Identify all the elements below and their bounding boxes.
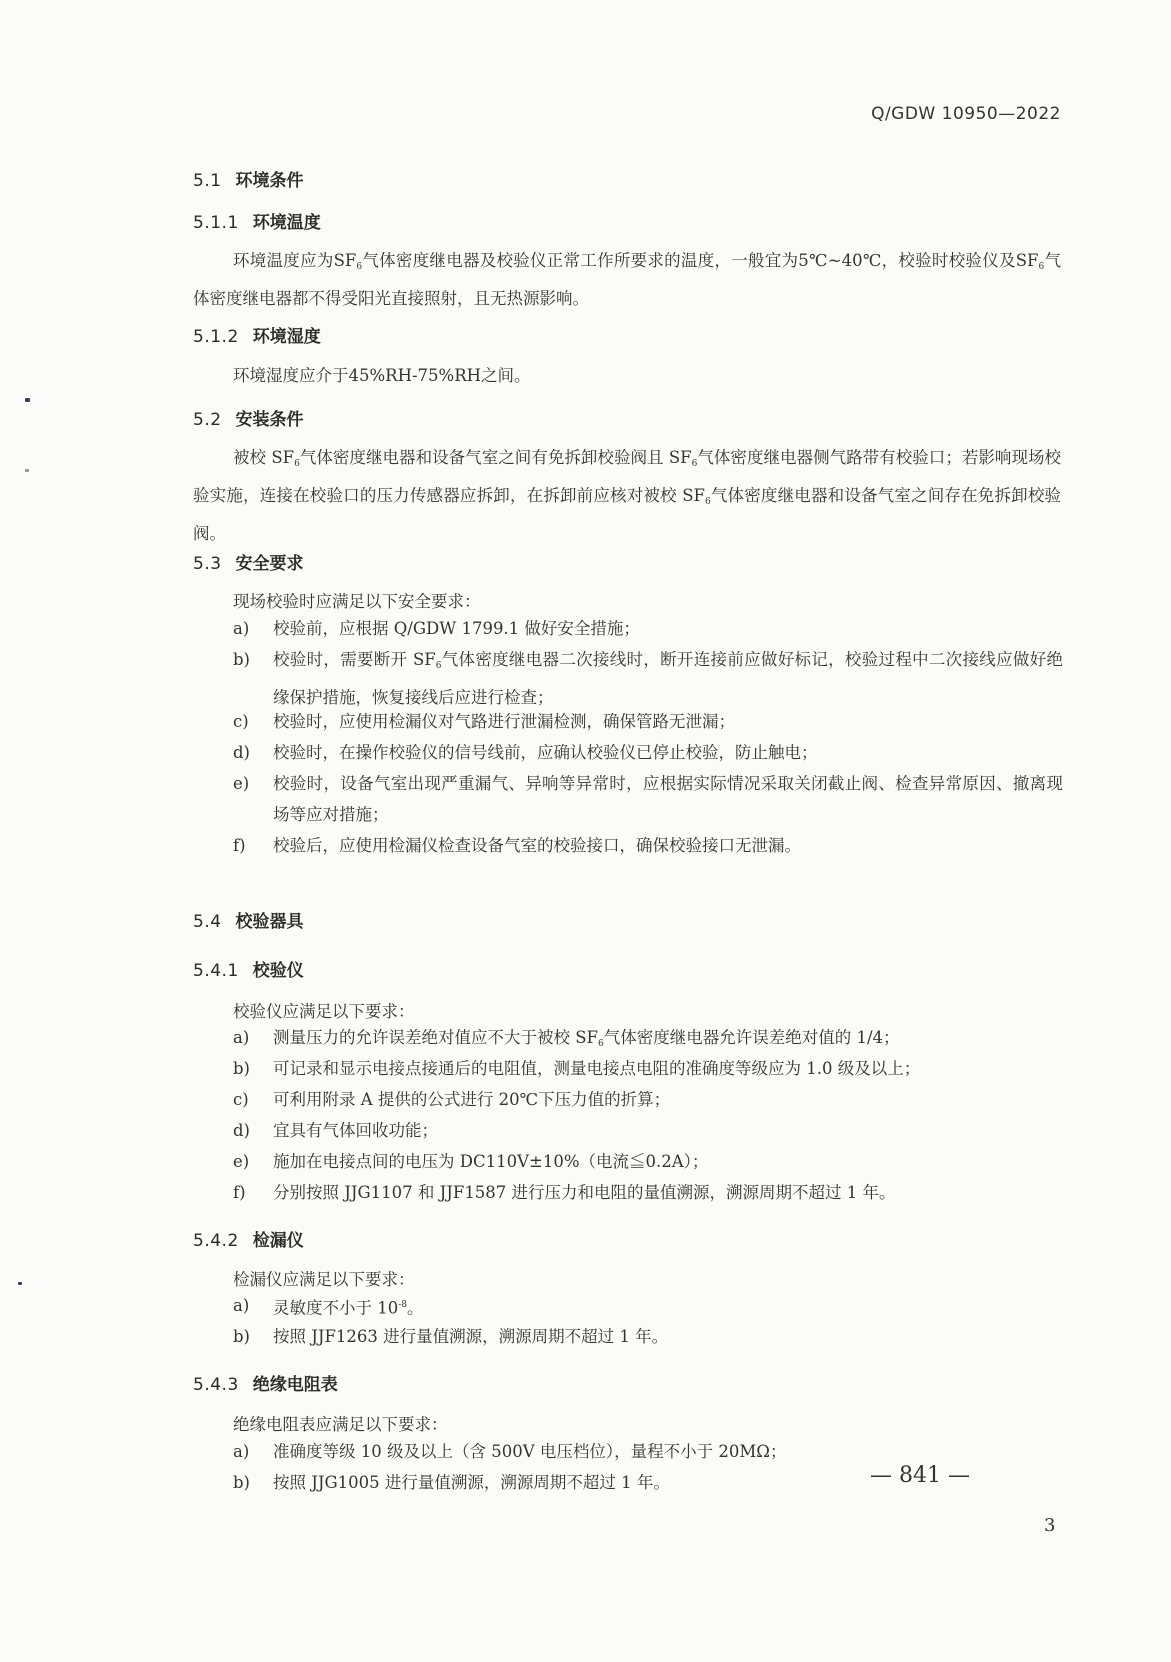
section-title: 环境湿度	[253, 327, 321, 347]
section-title: 安装条件	[236, 410, 304, 430]
page-number: 3	[1044, 1515, 1055, 1536]
list-item: c)可利用附录 A 提供的公式进行 20℃下压力值的折算；	[233, 1084, 1063, 1115]
section-title: 安全要求	[236, 554, 304, 574]
list-item: b)按照 JJF1263 进行量值溯源，溯源周期不超过 1 年。	[233, 1321, 1063, 1352]
paragraph-humidity: 环境湿度应介于45%RH-75%RH之间。	[193, 360, 1061, 391]
list-item: d)校验时，在操作校验仪的信号线前，应确认校验仪已停止校验，防止触电；	[233, 737, 1063, 768]
section-title: 校验仪	[253, 961, 304, 981]
document-page: Q/GDW 10950—2022 5.1环境条件 5.1.1环境温度 环境温度应…	[0, 0, 1171, 1662]
list-item: b)可记录和显示电接点接通后的电阻值，测量电接点电阻的准确度等级应为 1.0 级…	[233, 1053, 1063, 1084]
heading-5-1-2: 5.1.2环境湿度	[193, 322, 321, 347]
section-number: 5.4.2	[193, 1231, 239, 1251]
list-item: b)校验时，需要断开 SF6气体密度继电器二次接线时，断开连接前应做好标记，校验…	[233, 644, 1063, 713]
section-number: 5.3	[193, 554, 222, 574]
compilation-page-number: — 841 —	[870, 1463, 970, 1488]
scan-mark	[25, 398, 30, 402]
heading-5-4-2: 5.4.2检漏仪	[193, 1226, 304, 1251]
section-number: 5.1.1	[193, 213, 239, 233]
heading-5-3: 5.3安全要求	[193, 549, 304, 574]
list-item: b)按照 JJG1005 进行量值溯源，溯源周期不超过 1 年。	[233, 1467, 793, 1498]
section-title: 环境温度	[253, 213, 321, 233]
section-title: 检漏仪	[253, 1231, 304, 1251]
insulation-tester-lead: 绝缘电阻表应满足以下要求：	[233, 1411, 448, 1435]
list-item: d)宜具有气体回收功能；	[233, 1115, 1063, 1146]
heading-5-1-1: 5.1.1环境温度	[193, 208, 321, 233]
list-item: a)校验前，应根据 Q/GDW 1799.1 做好安全措施；	[233, 613, 1063, 644]
heading-5-4: 5.4校验器具	[193, 907, 304, 932]
list-item: c)校验时，应使用检漏仪对气路进行泄漏检测，确保管路无泄漏；	[233, 706, 1063, 737]
standard-code: Q/GDW 10950—2022	[871, 104, 1061, 124]
section-title: 校验器具	[236, 912, 304, 932]
heading-5-2: 5.2安装条件	[193, 405, 304, 430]
section-title: 环境条件	[236, 171, 304, 191]
leak-detector-lead: 检漏仪应满足以下要求：	[233, 1266, 415, 1290]
section-number: 5.1	[193, 171, 222, 191]
list-item: e)校验时，设备气室出现严重漏气、异响等异常时，应根据实际情况采取关闭截止阀、检…	[233, 768, 1063, 830]
section-number: 5.4.3	[193, 1375, 239, 1395]
paragraph-installation: 被校 SF6气体密度继电器和设备气室之间有免拆卸校验阀且 SF6气体密度继电器侧…	[193, 442, 1061, 549]
heading-5-1: 5.1环境条件	[193, 166, 304, 191]
scan-mark	[18, 1282, 22, 1285]
section-number: 5.4.1	[193, 961, 239, 981]
section-title: 绝缘电阻表	[253, 1375, 338, 1395]
list-item: f)校验后，应使用检漏仪检查设备气室的校验接口，确保校验接口无泄漏。	[233, 830, 1063, 861]
section-number: 5.1.2	[193, 327, 239, 347]
heading-5-4-1: 5.4.1校验仪	[193, 956, 304, 981]
section-number: 5.4	[193, 912, 222, 932]
safety-lead: 现场校验时应满足以下安全要求：	[233, 588, 481, 612]
section-number: 5.2	[193, 410, 222, 430]
list-item: e)施加在电接点间的电压为 DC110V±10%（电流≦0.2A）；	[233, 1146, 1063, 1177]
list-item: a)灵敏度不小于 10-8。	[233, 1290, 1063, 1324]
heading-5-4-3: 5.4.3绝缘电阻表	[193, 1370, 338, 1395]
scan-mark	[25, 469, 29, 472]
paragraph-temperature: 环境温度应为SF6气体密度继电器及校验仪正常工作所要求的温度，一般宜为5℃~40…	[193, 245, 1061, 314]
list-item: f)分别按照 JJG1107 和 JJF1587 进行压力和电阻的量值溯源，溯源…	[233, 1177, 1063, 1208]
calibrator-lead: 校验仪应满足以下要求：	[233, 998, 415, 1022]
